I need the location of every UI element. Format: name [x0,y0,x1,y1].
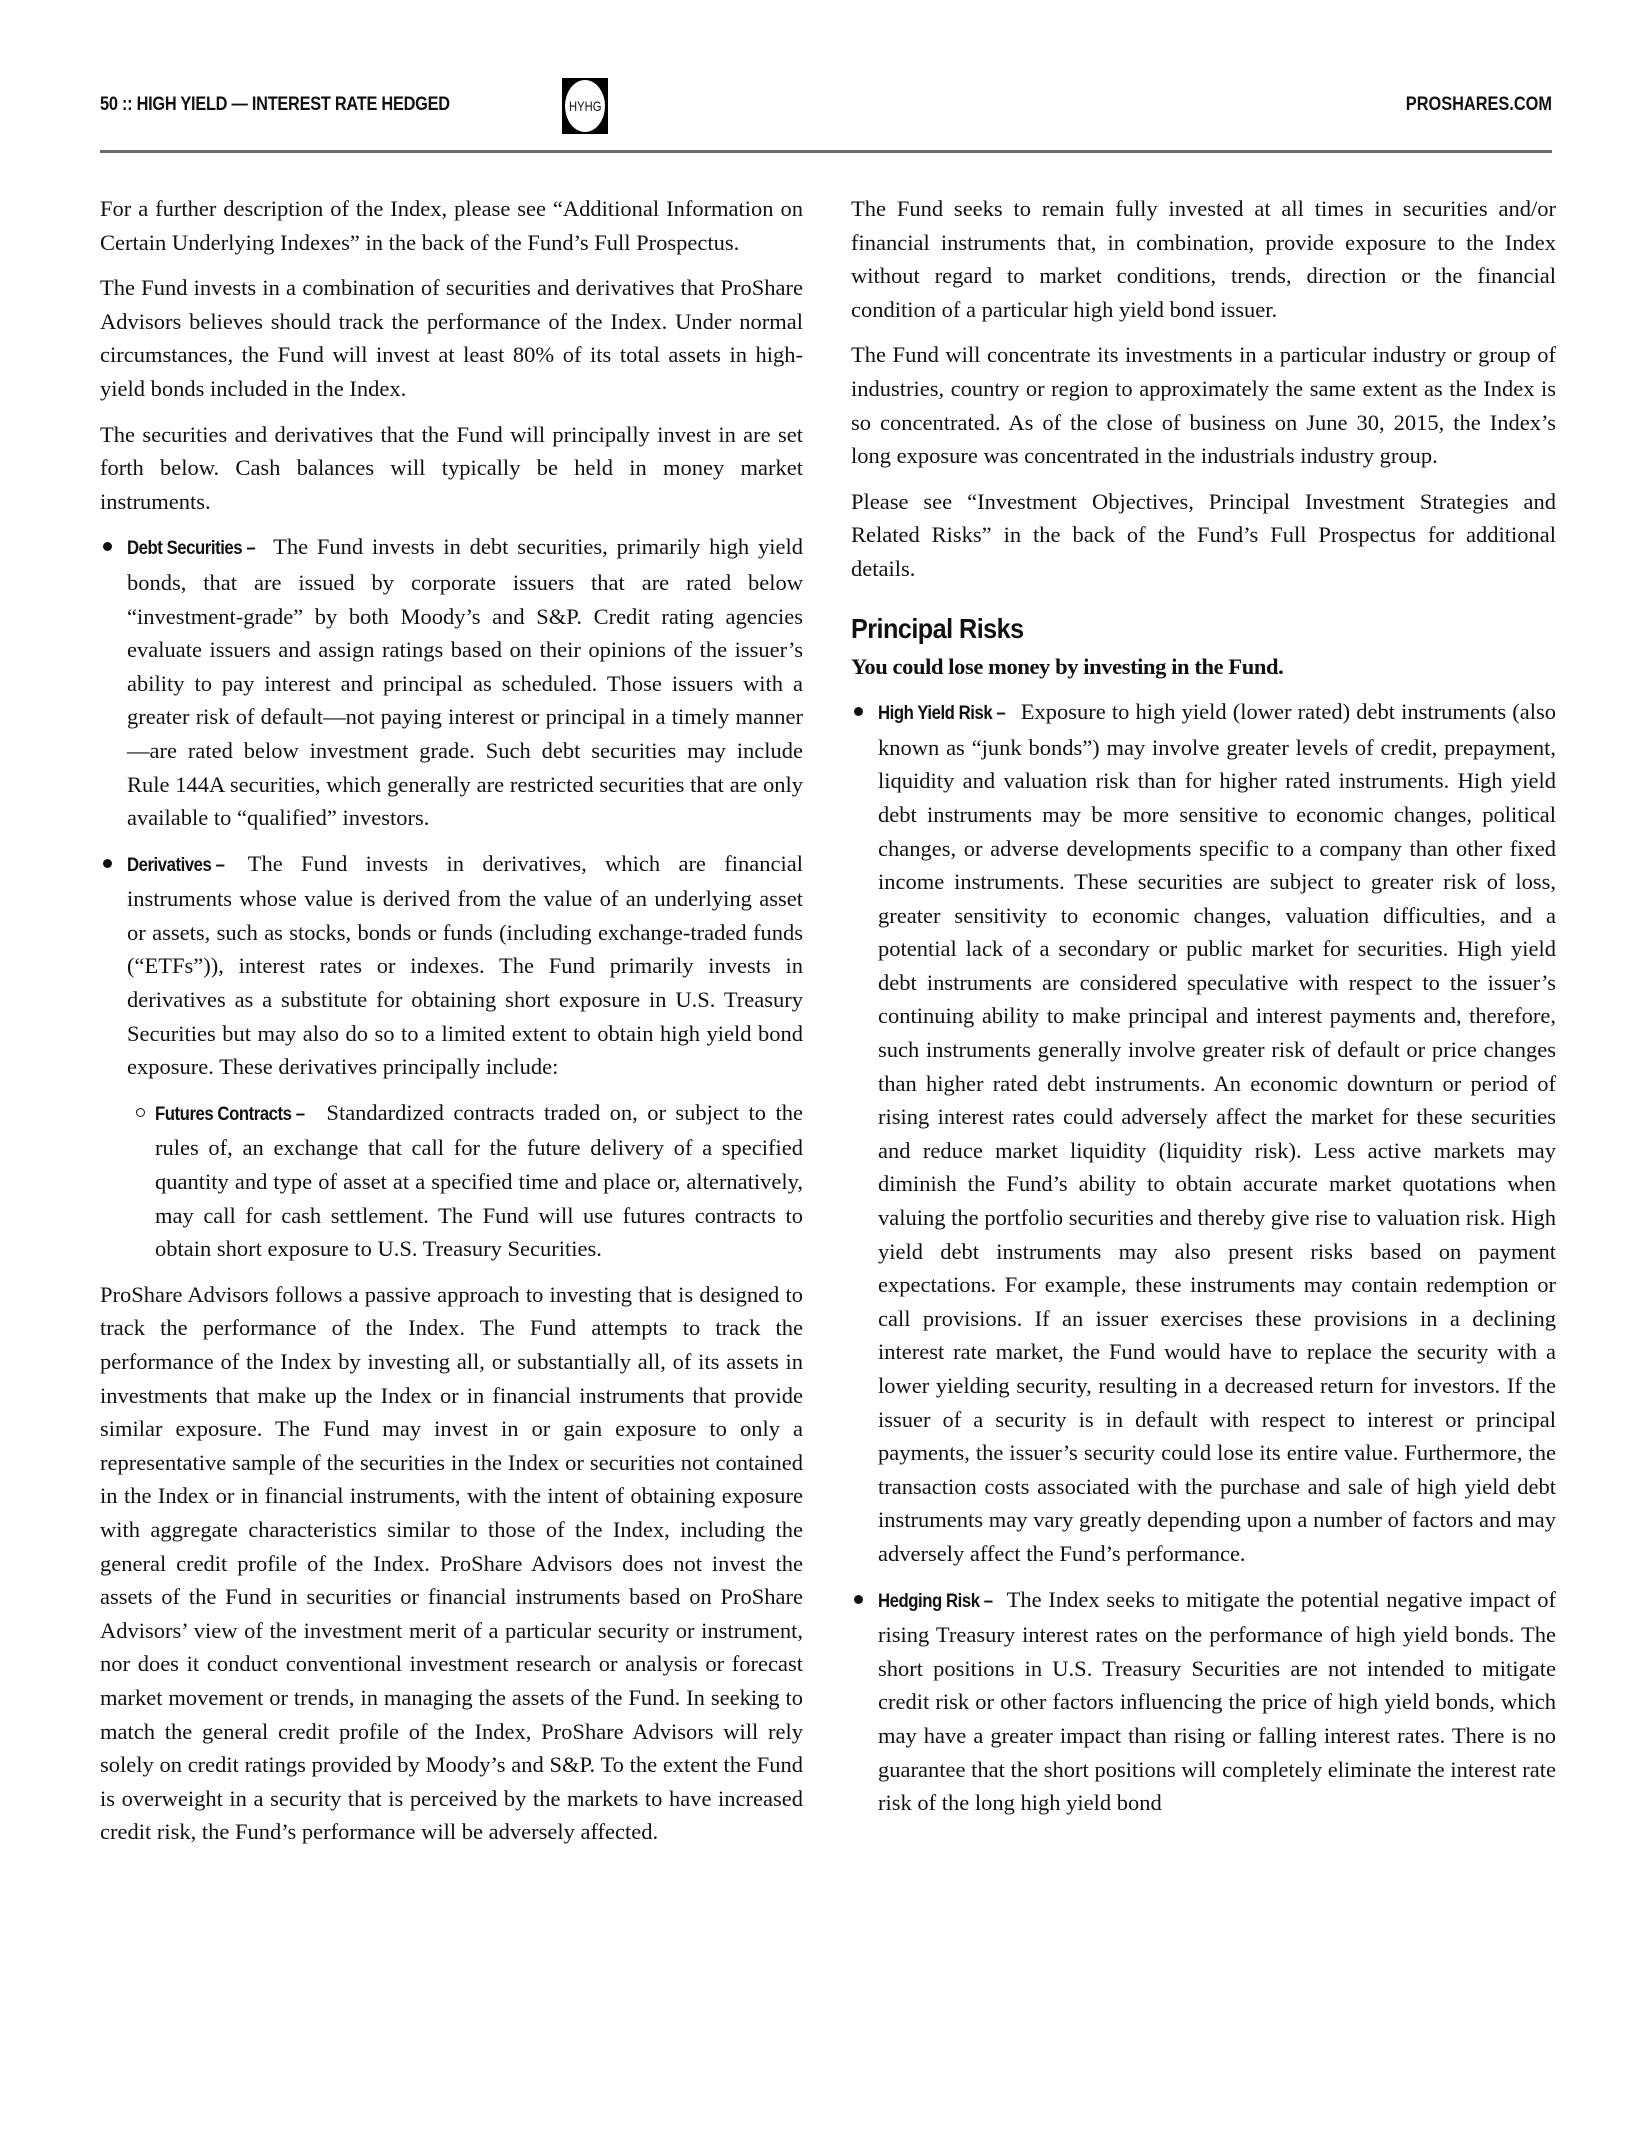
paragraph-concentration: The Fund will concentrate its investment… [851,338,1556,472]
ticker-badge-text: HYHG [569,98,601,114]
left-column: For a further description of the Index, … [100,192,803,1861]
risk-lead-statement: You could lose money by investing in the… [851,650,1556,684]
right-column: The Fund seeks to remain fully invested … [851,192,1556,1832]
bullet-text: The Index seeks to mitigate the potentia… [878,1587,1556,1816]
bullet-dot-icon [854,707,863,716]
bullet-circle-icon [136,1108,145,1117]
ticker-badge-circle: HYHG [565,80,605,132]
bullet-text: The Fund invests in derivatives, which a… [127,851,803,1080]
paragraph-passive-approach: ProShare Advisors follows a passive appr… [100,1278,803,1849]
bullet-dot-icon [103,542,112,551]
bullet-dot-icon [854,1595,863,1604]
bullet-term: Derivatives – [127,849,224,883]
bullet-term: High Yield Risk – [878,697,1005,731]
bullet-term: Futures Contracts – [155,1098,305,1132]
bullet-term: Debt Securities – [127,532,255,566]
paragraph-fully-invested: The Fund seeks to remain fully invested … [851,192,1556,326]
bullet-text: Exposure to high yield (lower rated) deb… [878,699,1556,1566]
bullet-debt-securities: Debt Securities – The Fund invests in de… [100,530,803,834]
page-label: 50 :: HIGH YIELD — INTEREST RATE HEDGED [100,94,450,116]
paragraph-see-prospectus: Please see “Investment Objectives, Princ… [851,485,1556,586]
page-header: 50 :: HIGH YIELD — INTEREST RATE HEDGED … [100,78,1552,138]
paragraph-fund-invests: The Fund invests in a combination of sec… [100,271,803,405]
section-heading-principal-risks: Principal Risks [851,612,1024,646]
bullet-dot-icon [103,859,112,868]
header-divider [100,150,1552,153]
bullet-high-yield-risk: High Yield Risk – Exposure to high yield… [851,695,1556,1570]
site-url: PROSHARES.COM [1406,94,1552,116]
bullet-term: Hedging Risk – [878,1585,993,1619]
bullet-derivatives: Derivatives – The Fund invests in deriva… [100,847,803,1084]
sub-bullet-futures-contracts: Futures Contracts – Standardized contrac… [100,1096,803,1266]
paragraph-securities-derivatives: The securities and derivatives that the … [100,418,803,519]
paragraph-index-description: For a further description of the Index, … [100,192,803,259]
bullet-text: The Fund invests in debt securities, pri… [127,534,803,830]
bullet-hedging-risk: Hedging Risk – The Index seeks to mitiga… [851,1583,1556,1820]
ticker-badge: HYHG [562,78,608,134]
